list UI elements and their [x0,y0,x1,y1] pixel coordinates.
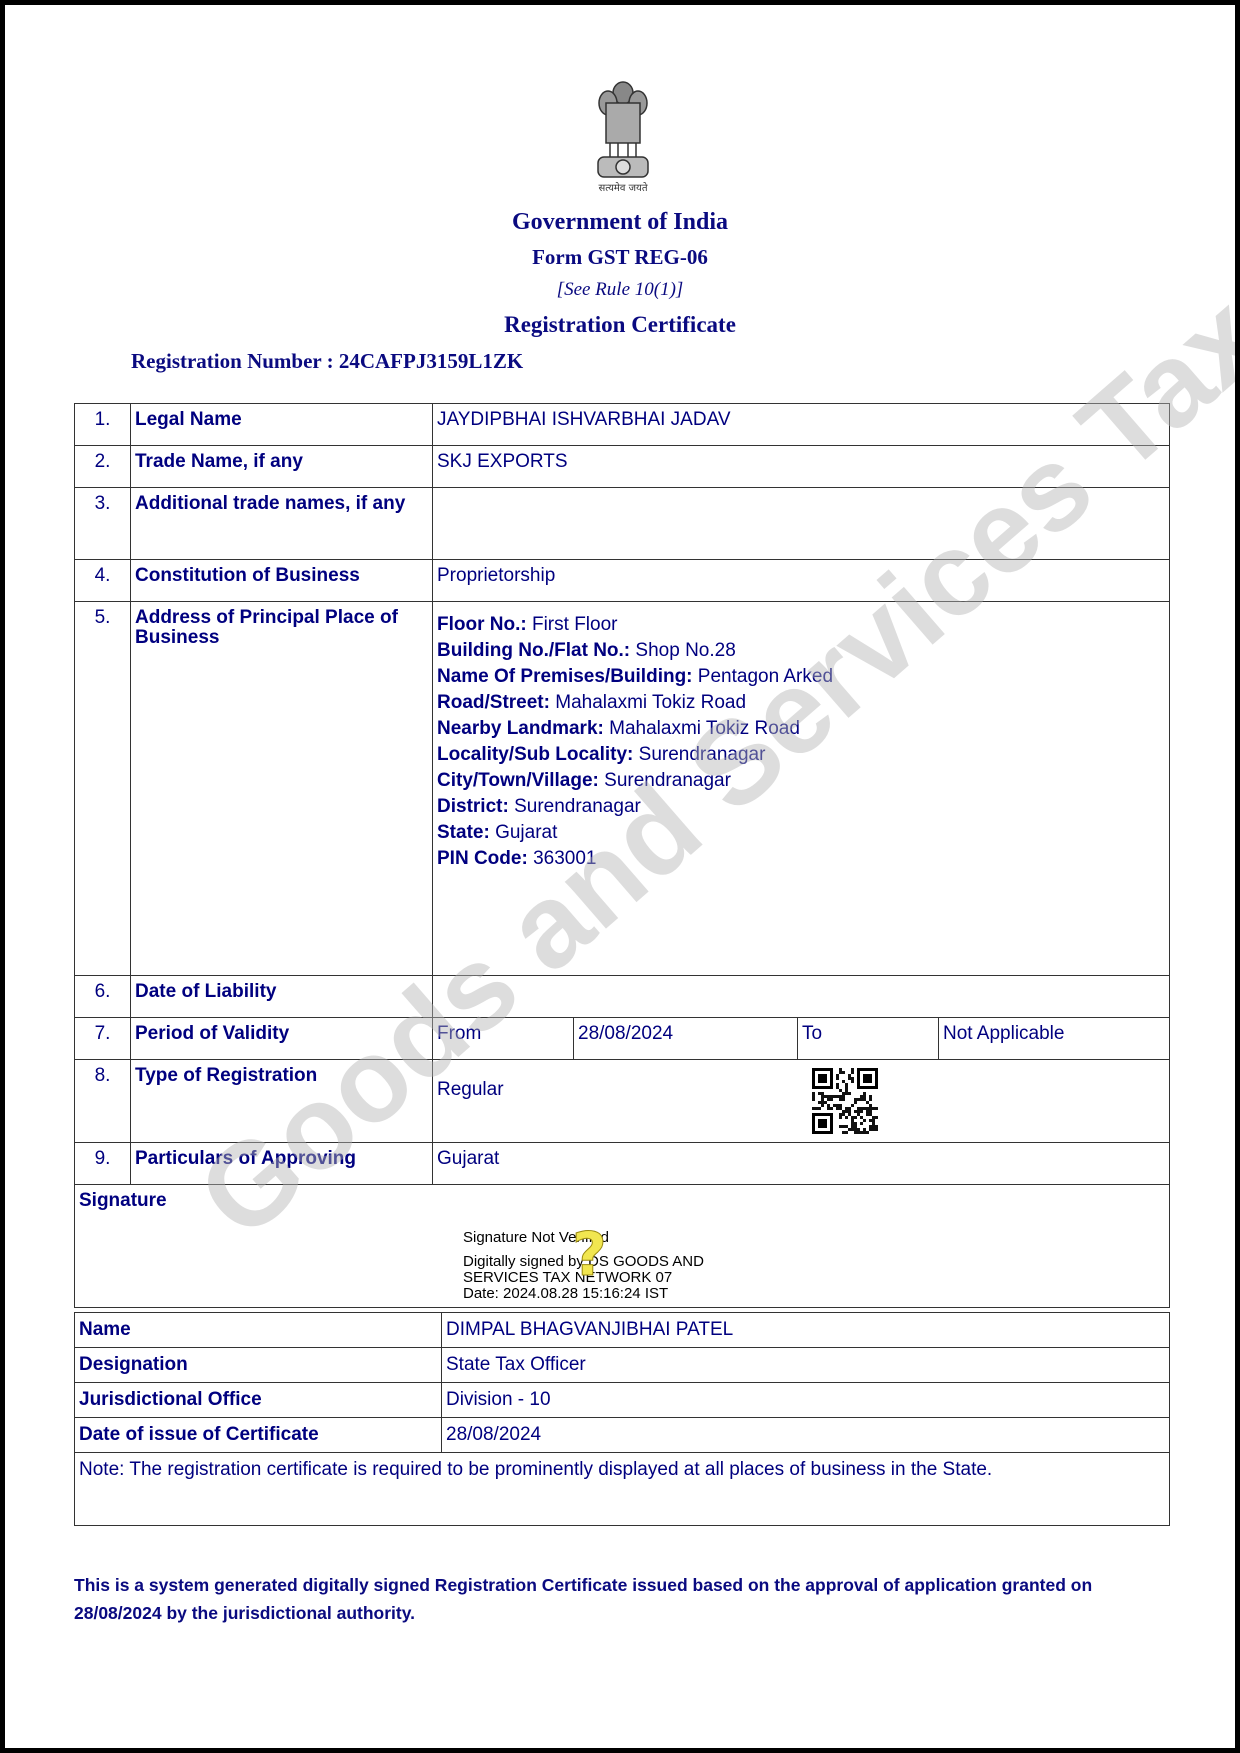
svg-text:सत्यमेव जयते: सत्यमेव जयते [598,182,647,194]
table-row: 4. Constitution of Business Proprietorsh… [75,560,1170,602]
registration-number: Registration Number : 24CAFPJ3159L1ZK [131,349,523,374]
qr-code-icon [812,1068,878,1134]
constitution-value: Proprietorship [433,560,1170,602]
officer-details-table: NameDIMPAL BHAGVANJIBHAI PATEL Designati… [74,1312,1170,1526]
date-of-issue: 28/08/2024 [442,1418,1170,1453]
table-row: 5. Address of Principal Place of Busines… [75,602,1170,976]
address-line: Road/Street: Mahalaxmi Tokiz Road [437,690,1165,716]
table-row: Jurisdictional OfficeDivision - 10 [75,1383,1170,1418]
officer-name: DIMPAL BHAGVANJIBHAI PATEL [442,1313,1170,1348]
address-line: Building No./Flat No.: Shop No.28 [437,638,1165,664]
validity-from-label: From [433,1018,574,1060]
table-row: Date of issue of Certificate28/08/2024 [75,1418,1170,1453]
government-title: Government of India [5,209,1235,236]
address-line: Name Of Premises/Building: Pentagon Arke… [437,664,1165,690]
legal-name-value: JAYDIPBHAI ISHVARBHAI JADAV [433,404,1170,446]
table-row: 1. Legal Name JAYDIPBHAI ISHVARBHAI JADA… [75,404,1170,446]
validity-to-label: To [798,1018,939,1060]
table-row: 2. Trade Name, if any SKJ EXPORTS [75,446,1170,488]
signature-label: Signature [79,1191,167,1211]
national-emblem-icon: सत्यमेव जयते [588,75,658,195]
validity-from-date: 28/08/2024 [574,1018,798,1060]
table-row: NameDIMPAL BHAGVANJIBHAI PATEL [75,1313,1170,1348]
form-title: Form GST REG-06 [5,245,1235,270]
registration-details-table: 1. Legal Name JAYDIPBHAI ISHVARBHAI JADA… [74,403,1170,1308]
table-row: 9. Particulars of Approving Gujarat [75,1143,1170,1185]
signature-unverified-icon: ? [572,1225,607,1285]
table-row: DesignationState Tax Officer [75,1348,1170,1383]
approving-authority-value: Gujarat [433,1143,1170,1185]
certificate-page: सत्यमेव जयते Government of India Form GS… [5,5,1235,1748]
address-line: Nearby Landmark: Mahalaxmi Tokiz Road [437,716,1165,742]
system-generated-footer: This is a system generated digitally sig… [74,1571,1174,1627]
address-line: State: Gujarat [437,820,1165,846]
certificate-title: Registration Certificate [5,312,1235,338]
table-row: 6. Date of Liability [75,976,1170,1018]
rule-reference: [See Rule 10(1)] [5,279,1235,301]
signature-row: Signature Signature Not Verified Digital… [75,1185,1170,1308]
jurisdictional-office: Division - 10 [442,1383,1170,1418]
trade-name-value: SKJ EXPORTS [433,446,1170,488]
address-line: PIN Code: 363001 [437,846,1165,872]
address-line: District: Surendranagar [437,794,1165,820]
table-row: 3. Additional trade names, if any [75,488,1170,560]
validity-to-date: Not Applicable [939,1018,1170,1060]
address-line: Floor No.: First Floor [437,612,1165,638]
table-row: 8. Type of Registration Regular [75,1060,1170,1143]
note-row: Note: The registration certificate is re… [75,1453,1170,1526]
address-value: Floor No.: First FloorBuilding No./Flat … [433,602,1170,976]
display-note: Note: The registration certificate is re… [75,1453,1170,1526]
additional-trade-names-value [433,488,1170,560]
officer-designation: State Tax Officer [442,1348,1170,1383]
address-line: City/Town/Village: Surendranagar [437,768,1165,794]
date-of-liability-value [433,976,1170,1018]
table-row: 7. Period of Validity From 28/08/2024 To… [75,1018,1170,1060]
address-line: Locality/Sub Locality: Surendranagar [437,742,1165,768]
